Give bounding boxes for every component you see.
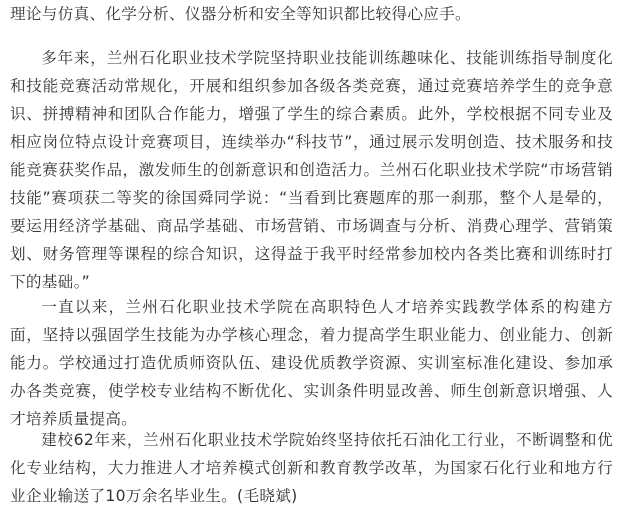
paragraph-competitions: 多年来，兰州石化职业技术学院坚持职业技能训练趣味化、技能训练指导制度化和技能竞赛… [10,44,613,296]
paragraph-practice-system: 一直以来，兰州石化职业技术学院在高职特色人才培养实践教学体系的构建方面，坚持以强… [10,293,613,433]
paragraph-history: 建校62年来，兰州石化职业技术学院始终坚持依托石油化工行业，不断调整和优化专业结… [10,426,613,510]
paragraph-intro-tail: 理论与仿真、化学分析、仪器分析和安全等知识都比较得心应手。 [10,0,613,28]
